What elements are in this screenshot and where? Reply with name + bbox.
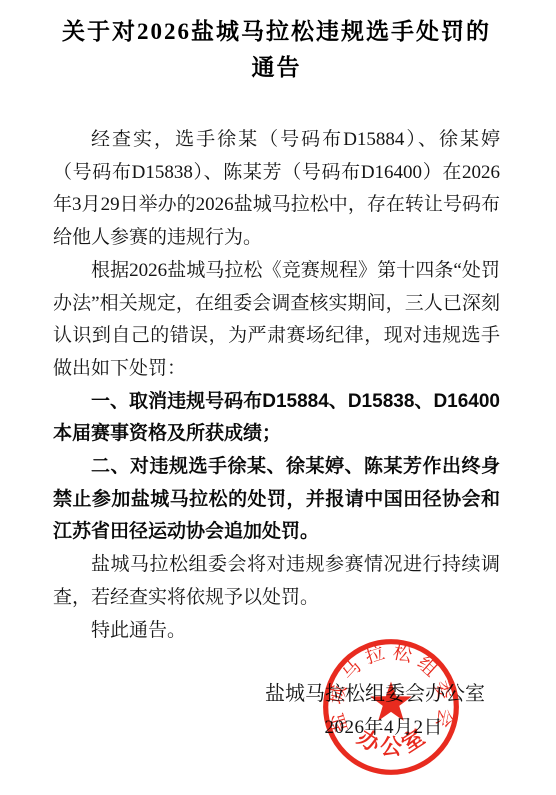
paragraph-basis: 根据2026盐城马拉松《竞赛规程》第十四条“处罚办法”相关规定，在组委会调查核实… (53, 255, 500, 386)
title-line-2: 通告 (252, 55, 302, 80)
paragraph-followup: 盐城马拉松组委会将对违规参赛情况进行持续调查，若经查实将依规予以处罚。 (53, 549, 500, 614)
title-line-1: 关于对2026盐城马拉松违规选手处罚的 (62, 19, 491, 44)
paragraph-facts: 经查实，选手徐某（号码布D15884）、徐某婷（号码布D15838）、陈某芳（号… (53, 124, 500, 255)
notice-title: 关于对2026盐城马拉松违规选手处罚的通告 (53, 14, 500, 86)
penalty-item-2: 二、对违规选手徐某、徐某婷、陈某芳作出终身禁止参加盐城马拉松的处罚，并报请中国田… (53, 451, 500, 549)
star-icon (370, 681, 411, 720)
notice-content: 关于对2026盐城马拉松违规选手处罚的通告 经查实，选手徐某（号码布D15884… (0, 0, 556, 744)
notice-page: 关于对2026盐城马拉松违规选手处罚的通告 经查实，选手徐某（号码布D15884… (0, 0, 556, 795)
penalty-item-1: 一、取消违规号码布D15884、D15838、D16400本届赛事资格及所获成绩… (53, 386, 500, 451)
official-seal-stamp: 盐城马拉松组委会 办 公 室 (320, 636, 462, 778)
